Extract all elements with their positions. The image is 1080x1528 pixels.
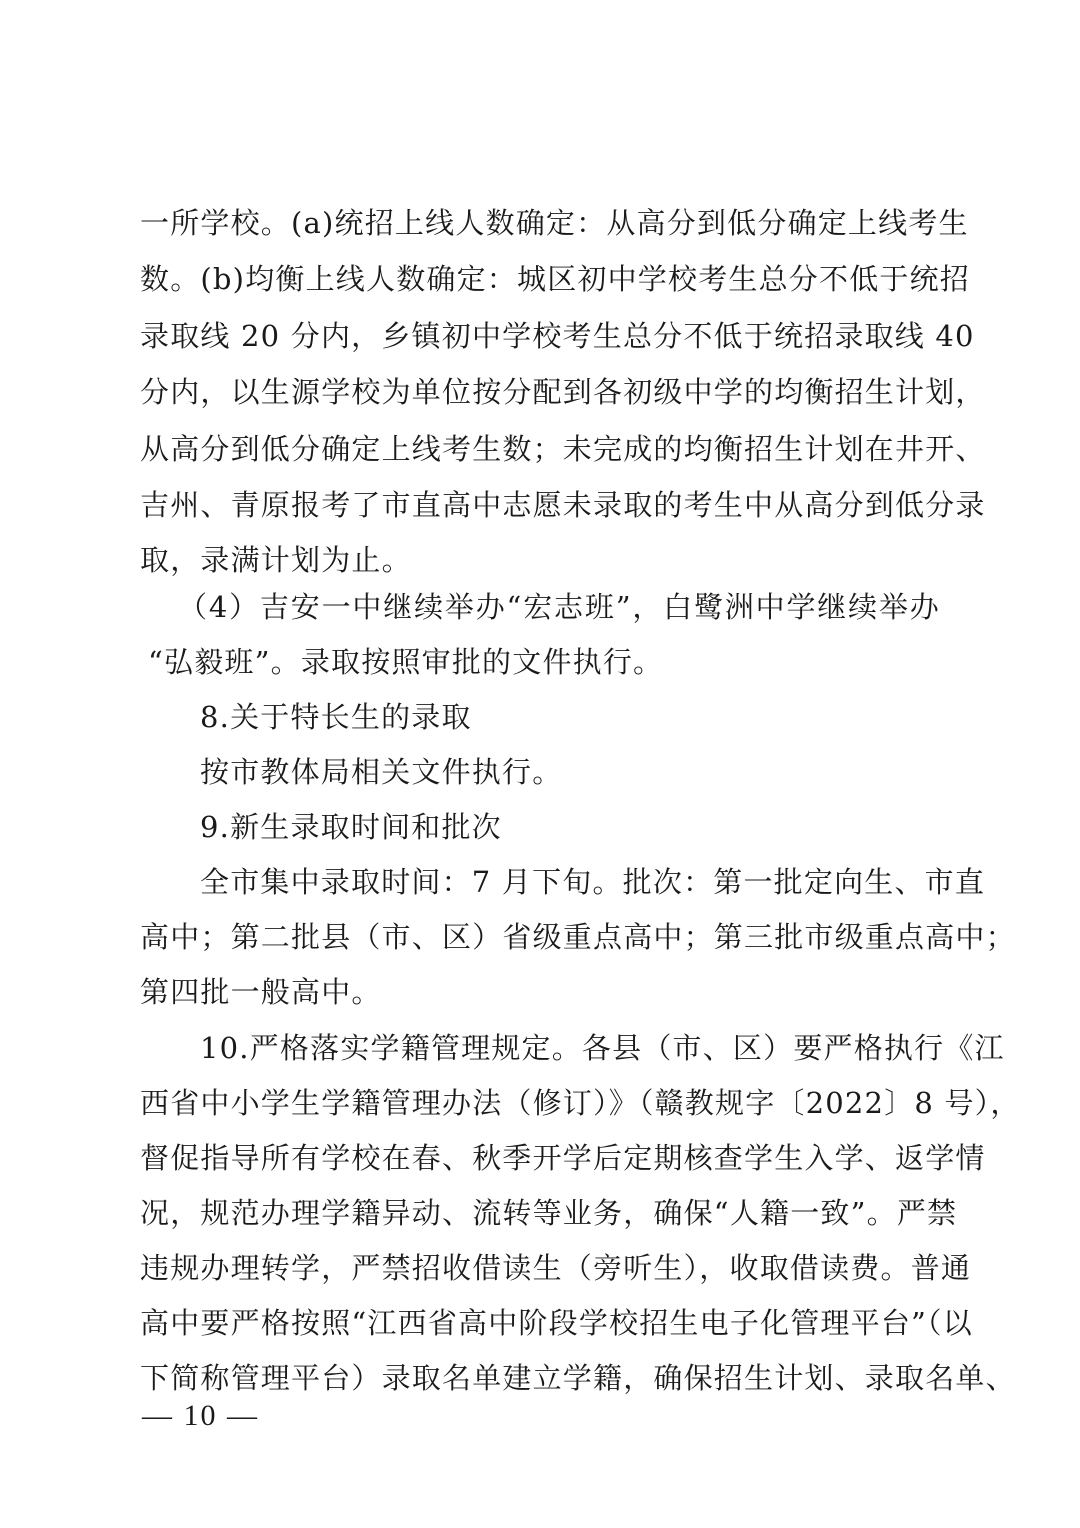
paragraph-line: 分内，以生源学校为单位按分配到各初级中学的均衡招生计划， (140, 372, 940, 412)
paragraph-line: 况，规范办理学籍异动、流转等业务，确保“人籍一致”。严禁 (140, 1193, 940, 1233)
paragraph-line: 10.严格落实学籍管理规定。各县（市、区）要严格执行《江 (200, 1028, 940, 1068)
paragraph-line: 高中要严格按照“江西省高中阶段学校招生电子化管理平台”（以 (140, 1303, 940, 1343)
paragraph-line: 数。(b)均衡上线人数确定：城区初中学校考生总分不低于统招 (140, 259, 940, 299)
paragraph-line: 一所学校。(a)统招上线人数确定：从高分到低分确定上线考生 (140, 203, 940, 243)
section-heading: 9.新生录取时间和批次 (200, 807, 1000, 847)
paragraph-line: 督促指导所有学校在春、秋季开学后定期核查学生入学、返学情 (140, 1138, 940, 1178)
page-number: — 10 — (142, 1396, 259, 1436)
paragraph-line: （4）吉安一中继续举办“宏志班”，白鹭洲中学继续举办 (178, 587, 940, 627)
paragraph-line: 违规办理转学，严禁招收借读生（旁听生），收取借读费。普通 (140, 1248, 940, 1288)
paragraph-line: 全市集中录取时间：7 月下旬。批次：第一批定向生、市直 (200, 862, 940, 902)
paragraph-line: 第四批一般高中。 (140, 972, 940, 1012)
paragraph-line: 高中；第二批县（市、区）省级重点高中；第三批市级重点高中； (140, 917, 940, 957)
paragraph-line: 从高分到低分确定上线考生数；未完成的均衡招生计划在井开、 (140, 429, 940, 469)
paragraph-line: 按市教体局相关文件执行。 (200, 752, 1000, 792)
paragraph-line: “弘毅班”。录取按照审批的文件执行。 (148, 642, 948, 682)
paragraph-line: 下简称管理平台）录取名单建立学籍，确保招生计划、录取名单、 (140, 1358, 940, 1398)
document-page: 一所学校。(a)统招上线人数确定：从高分到低分确定上线考生 数。(b)均衡上线人… (0, 0, 1080, 1528)
paragraph-line: 取，录满计划为止。 (140, 540, 940, 580)
paragraph-line: 录取线 20 分内，乡镇初中学校考生总分不低于统招录取线 40 (140, 316, 940, 356)
section-heading: 8.关于特长生的录取 (200, 697, 1000, 737)
paragraph-line: 吉州、青原报考了市直高中志愿未录取的考生中从高分到低分录 (140, 485, 940, 525)
paragraph-line: 西省中小学生学籍管理办法（修订）》（赣教规字〔2022〕8 号）， (140, 1083, 940, 1123)
